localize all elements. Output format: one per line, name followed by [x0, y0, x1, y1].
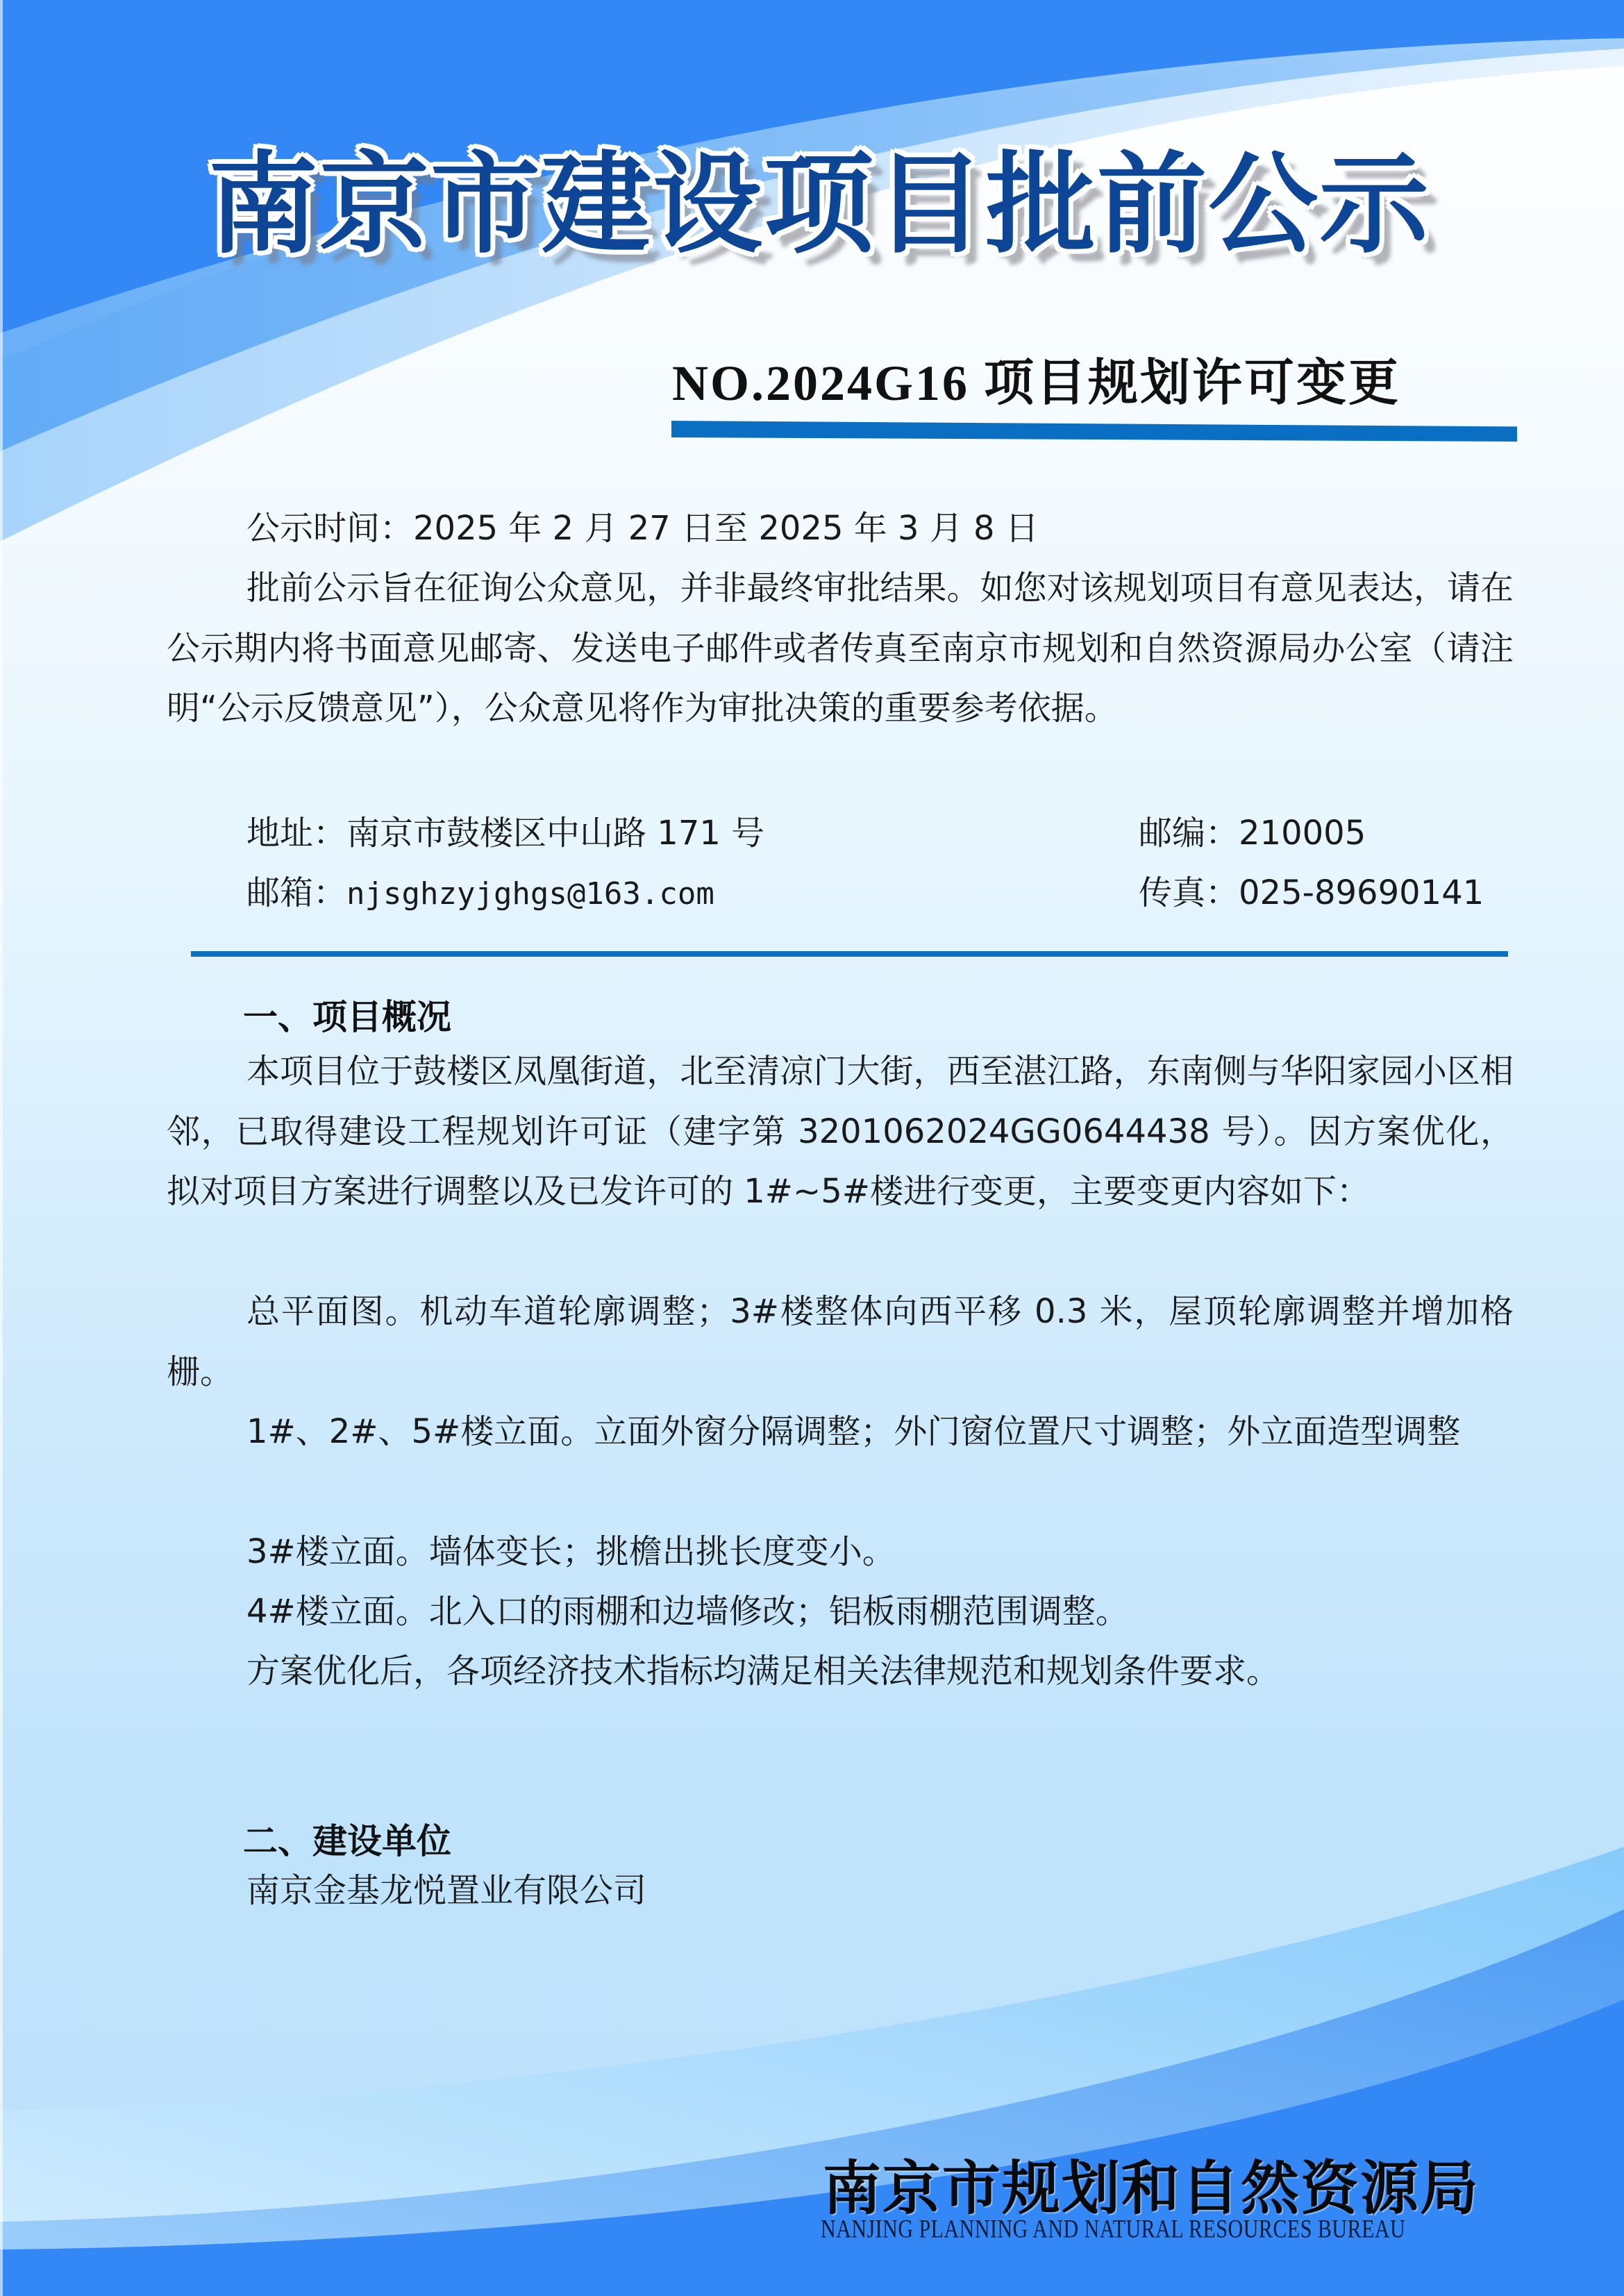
address-label: 地址：: [246, 814, 346, 853]
section-heading-developer: 二、建设单位: [243, 1813, 451, 1863]
footer-organization-name-english: NANJING PLANNING AND NATURAL RESOURCES B…: [821, 2215, 1515, 2245]
change-item-building-3: 3#楼立面。墙体变长；挑檐出挑长度变小。: [167, 1522, 1514, 1582]
notice-period: 公示时间：2025 年 2 月 27 日至 2025 年 3 月 8 日: [246, 498, 1039, 558]
compliance-statement: 方案优化后，各项经济技术指标均满足相关法律规范和规划条件要求。: [167, 1641, 1514, 1702]
change-item-site-plan: 总平面图。机动车道轮廓调整；3#楼整体向西平移 0.3 米，屋顶轮廓调整并增加格…: [167, 1282, 1514, 1402]
change-item-building-4: 4#楼立面。北入口的雨棚和边墙修改；铝板雨棚范围调整。: [167, 1582, 1514, 1642]
developer-name: 南京金基龙悦置业有限公司: [246, 1861, 646, 1920]
address-value: 南京市鼓楼区中山路 171 号: [346, 814, 764, 853]
page-title: 南京市建设项目批前公示: [208, 139, 1430, 271]
section-heading-project-overview: 一、项目概况: [243, 989, 451, 1039]
notice-number-subtitle: NO.2024G16 项目规划许可变更: [672, 355, 1512, 411]
postcode-label: 邮编：: [1139, 814, 1239, 853]
fax-value: 025-89690141: [1239, 873, 1484, 912]
address-row: 地址：南京市鼓楼区中山路 171 号: [246, 812, 764, 854]
email-label: 邮箱：: [246, 873, 346, 912]
notice-intro: 批前公示旨在征询公众意见，并非最终审批结果。如您对该规划项目有意见表达，请在公示…: [167, 558, 1514, 739]
postcode-row: 邮编：210005: [1139, 812, 1366, 854]
section-divider: [191, 951, 1508, 957]
fax-row: 传真：025-89690141: [1139, 872, 1484, 914]
postcode-value: 210005: [1239, 814, 1366, 853]
change-item-buildings-1-2-5: 1#、2#、5#楼立面。立面外窗分隔调整；外门窗位置尺寸调整；外立面造型调整: [167, 1402, 1514, 1462]
email-link[interactable]: njsghzyjghgs@163.com: [346, 876, 714, 912]
notice-page: 南京市建设项目批前公示 NO.2024G16 项目规划许可变更 公示时间：202…: [0, 0, 1624, 2296]
fax-label: 传真：: [1139, 873, 1239, 912]
overview-paragraph: 本项目位于鼓楼区凤凰街道，北至清凉门大街，西至湛江路，东南侧与华阳家园小区相邻，…: [167, 1041, 1514, 1222]
footer-organization-name: 南京市规划和自然资源局: [823, 2142, 1480, 2226]
email-row: 邮箱：njsghzyjghgs@163.com: [246, 872, 714, 915]
